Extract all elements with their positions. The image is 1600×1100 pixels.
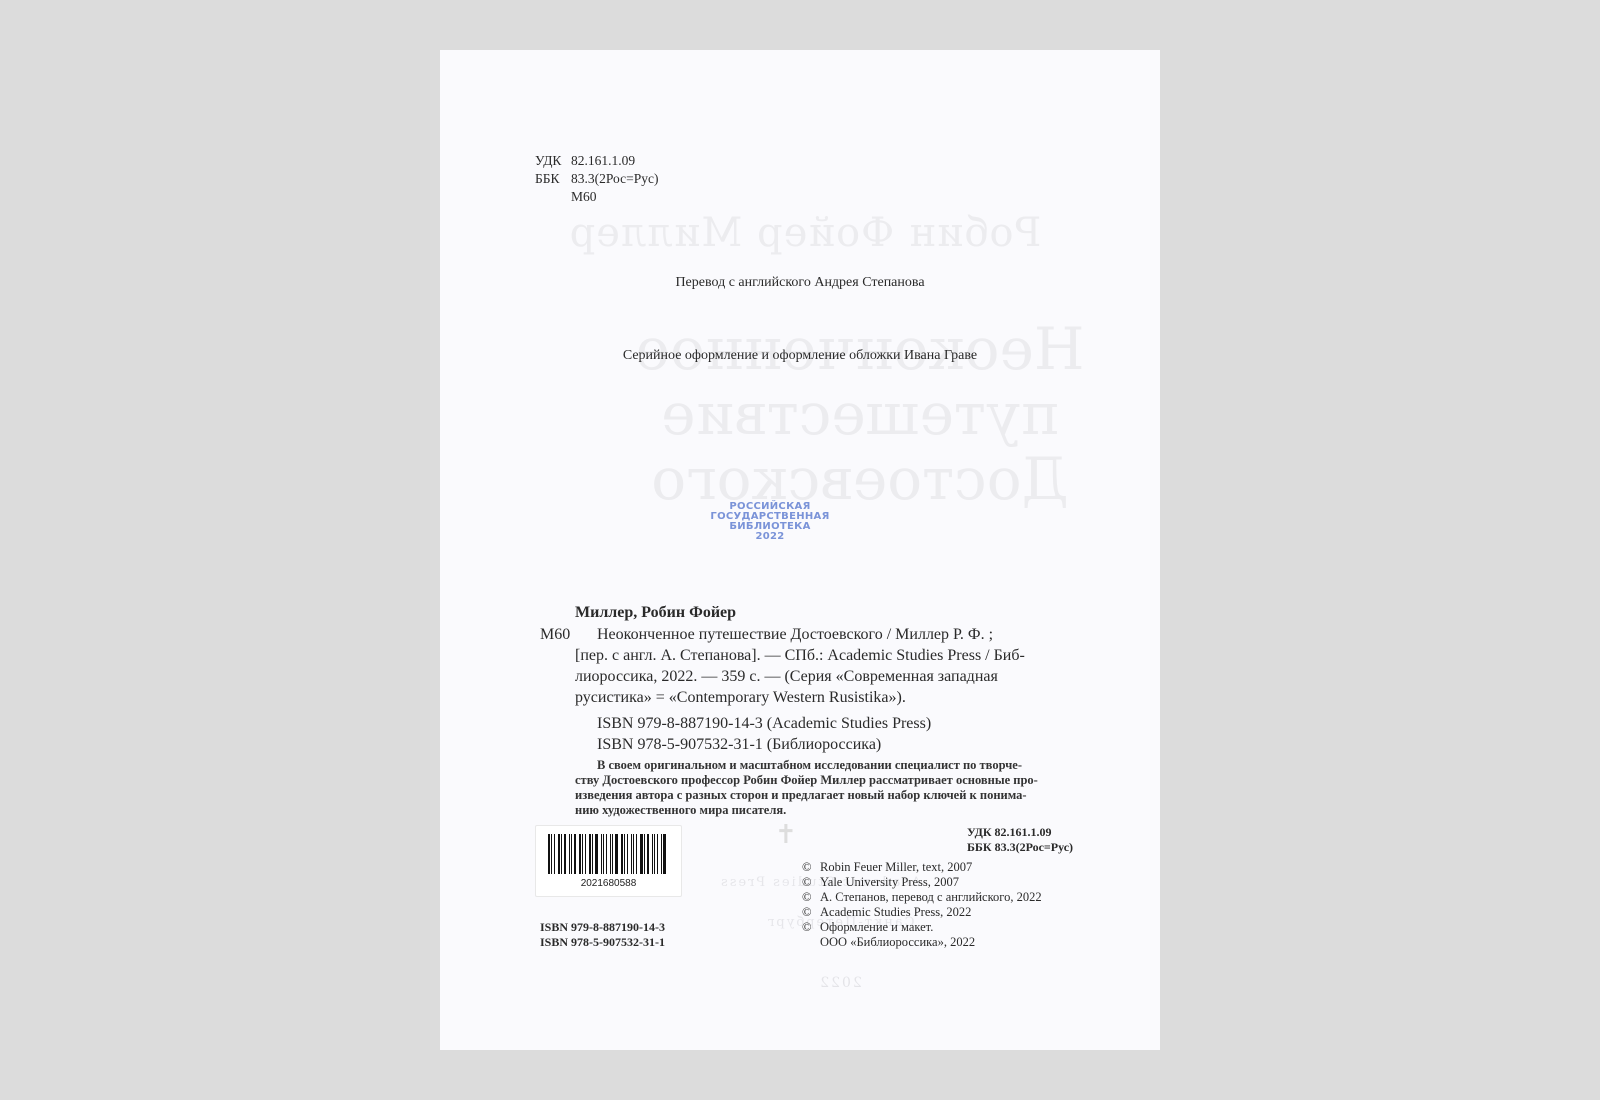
udk-value: 82.161.1.09 [571, 153, 635, 168]
bbk-value: 83.3(2Рос=Рус) [571, 171, 658, 186]
copyright-text: Оформление и макет. [820, 920, 933, 934]
annotation-line-3: изведения автора с разных сторон и предл… [575, 788, 1027, 803]
isbn-bottom-2: ISBN 978-5-907532-31-1 [540, 935, 665, 950]
bbk-label: ББК [535, 170, 571, 188]
copyright-icon: © [802, 920, 820, 935]
annotation-line-1: В своем оригинальном и масштабном исслед… [597, 758, 1022, 773]
isbn-bottom-1: ISBN 979-8-887190-14-3 [540, 920, 665, 935]
catalog-isbn-1: ISBN 979-8-887190-14-3 (Academic Studies… [597, 713, 931, 734]
udk-bottom: УДК 82.161.1.09 [967, 825, 1052, 840]
udk-label: УДК [535, 152, 571, 170]
ghost-title-line-3: Достоевского [580, 445, 1140, 513]
copyright-text: Academic Studies Press, 2022 [820, 905, 971, 919]
catalog-line-2: [пер. с англ. А. Степанова]. — СПб.: Aca… [575, 645, 1025, 666]
copyright-line: ООО «Библиороссика», 2022 [802, 935, 975, 950]
copyright-line: ©Academic Studies Press, 2022 [802, 905, 971, 920]
copyright-line: ©Yale University Press, 2007 [802, 875, 959, 890]
stamp-line: 2022 [705, 532, 835, 542]
copyright-line: ©Оформление и макет. [802, 920, 933, 935]
design-credit: Серийное оформление и оформление обложки… [440, 348, 1160, 364]
copyright-icon: © [802, 890, 820, 905]
annotation-line-4: нию художественного мира писателя. [575, 803, 786, 818]
copyright-icon: © [802, 875, 820, 890]
catalog-mark: М60 [540, 624, 570, 645]
classification-top: УДК82.161.1.09 ББК83.3(2Рос=Рус) М60 [535, 152, 658, 206]
catalog-line-3: лиороссика, 2022. — 359 с. — (Серия «Сов… [575, 666, 998, 687]
translation-credit: Перевод с английского Андрея Степанова [440, 275, 1160, 291]
library-stamp: РОССИЙСКАЯ ГОСУДАРСТВЕННАЯ БИБЛИОТЕКА 20… [705, 502, 835, 542]
copyright-text: Robin Feuer Miller, text, 2007 [820, 860, 972, 874]
publisher-mark-icon: ✝ [775, 820, 797, 850]
copyright-line: ©А. Степанов, перевод с английского, 202… [802, 890, 1042, 905]
barcode-label: 2021680588 [535, 825, 682, 897]
bbk-bottom: ББК 83.3(2Рос=Рус) [967, 840, 1073, 855]
book-page: Робин Фойер Миллер Неоконченное путешест… [440, 50, 1160, 1050]
catalog-line-4: русистика» = «Contemporary Western Rusis… [575, 687, 906, 708]
annotation-line-2: ству Достоевского профессор Робин Фойер … [575, 773, 1038, 788]
catalog-line-1: Неоконченное путешествие Достоевского / … [597, 624, 993, 645]
catalog-isbn-2: ISBN 978-5-907532-31-1 (Библиороссика) [597, 734, 881, 755]
copyright-text: ООО «Библиороссика», 2022 [820, 935, 975, 949]
copyright-text: А. Степанов, перевод с английского, 2022 [820, 890, 1042, 904]
copyright-icon: © [802, 905, 820, 920]
copyright-text: Yale University Press, 2007 [820, 875, 959, 889]
author-mark: М60 [571, 189, 597, 204]
ghost-title-line-2: путешествие [580, 380, 1140, 448]
ghost-year: 2022 [740, 975, 940, 991]
ghost-author: Робин Фойер Миллер [555, 210, 1055, 256]
copyright-line: ©Robin Feuer Miller, text, 2007 [802, 860, 972, 875]
barcode-icon [548, 834, 668, 874]
barcode-number: 2021680588 [536, 878, 681, 889]
copyright-icon: © [802, 860, 820, 875]
catalog-heading: Миллер, Робин Фойер [575, 602, 736, 623]
